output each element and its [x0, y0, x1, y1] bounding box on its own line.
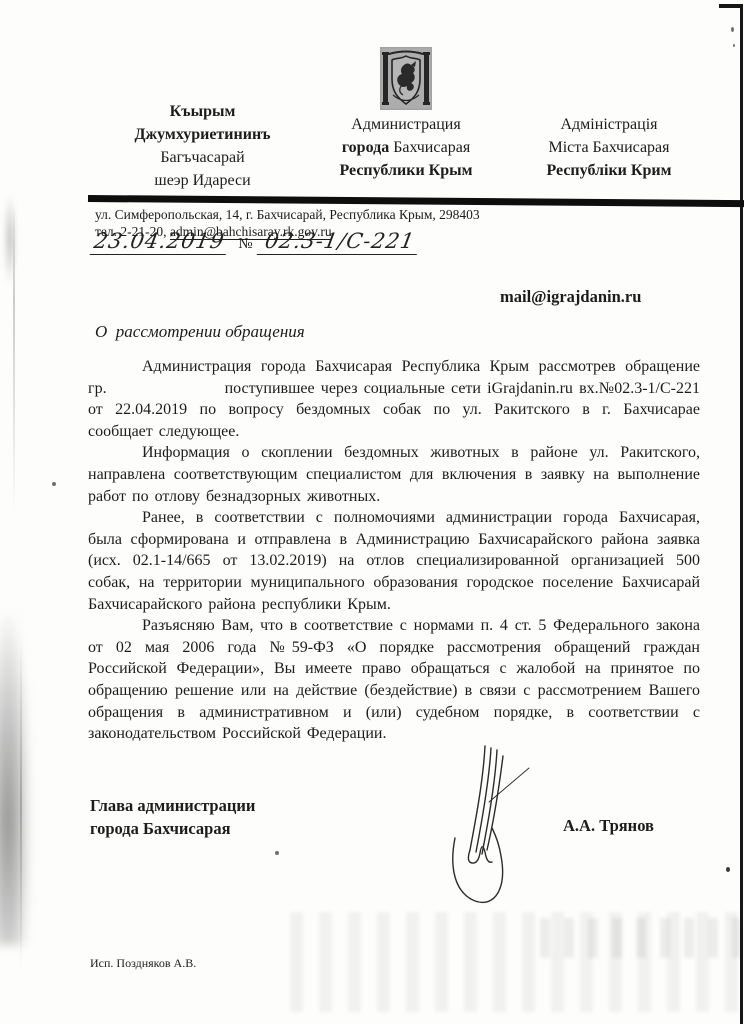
handwritten-signature: [443, 738, 535, 916]
scan-speck: [726, 867, 730, 872]
letter-body: Администрация города Бахчисарая Республи…: [88, 356, 700, 745]
executor-note: Исп. Поздняков А.В.: [90, 956, 196, 971]
org-name-ukrainian: Адміністрація Міста Бахчисарая Республік…: [518, 113, 700, 182]
paragraph-3: Ранее, в соответствии с полномочиями адм…: [88, 507, 700, 615]
org-line: Администрация: [320, 113, 492, 136]
scan-edge-top-right: [719, 4, 743, 8]
org-line: Республіки Крим: [518, 159, 700, 182]
recipient-email: mail@igrajdanin.ru: [500, 287, 641, 307]
org-line: Республики Крым: [320, 159, 492, 182]
scan-speck: [733, 44, 735, 47]
paragraph-2: Информация о скоплении бездомных животны…: [88, 442, 700, 507]
org-name-russian: Администрация города Бахчисарая Республи…: [320, 113, 492, 182]
scan-smudge-left: [0, 615, 30, 945]
org-line: шеэр Идареси: [95, 169, 310, 192]
org-line: Міста Бахчисарая: [518, 136, 700, 159]
scanned-letter-page: Къырым Джумхуриетининъ Багъчасарай шеэр …: [0, 0, 744, 1024]
crimea-emblem-icon: [380, 47, 432, 110]
org-line: Къырым: [95, 100, 310, 123]
signer-title-line: города Бахчисарая: [90, 818, 255, 841]
scan-bleedthrough-bottom-2: [540, 918, 740, 958]
org-line: Джумхуриетининъ: [95, 123, 310, 146]
scan-edge-right: [740, 4, 743, 1024]
org-postal-address: ул. Симферопольская, 14, г. Бахчисарай, …: [95, 207, 480, 224]
letterhead-divider-rule: [88, 195, 744, 207]
org-line: Багъчасарай: [95, 146, 310, 169]
reference-line: 23.04.2019 № 02.3-1/С-221: [92, 229, 418, 255]
paragraph-1: Администрация города Бахчисарая Республи…: [88, 356, 700, 442]
org-line-bold-part: города: [342, 139, 389, 156]
org-line: Адміністрація: [518, 113, 700, 136]
paragraph-4: Разъясняю Вам, что в соответствие с норм…: [88, 615, 700, 745]
signer-title-line: Глава администрации: [90, 795, 255, 818]
letter-subject: О рассмотрении обращения: [95, 322, 305, 342]
scan-speck: [52, 482, 56, 486]
scan-speck: [275, 851, 279, 855]
handwritten-date: 23.04.2019: [90, 229, 231, 255]
org-line-regular-part: Бахчисарая: [389, 139, 470, 156]
handwritten-outgoing-number: 02.3-1/С-221: [256, 229, 420, 255]
paragraph-1-after-redaction: поступившее через социальные сети iGrajd…: [88, 380, 700, 440]
number-sign: №: [238, 236, 252, 253]
scan-speck: [731, 27, 734, 32]
scan-smudge-top-left: [4, 192, 16, 287]
signer-name: А.А. Трянов: [563, 816, 654, 836]
org-line: города Бахчисарая: [320, 136, 492, 159]
org-name-crimean-tatar: Къырым Джумхуриетининъ Багъчасарай шеэр …: [95, 100, 310, 192]
signer-title: Глава администрации города Бахчисарая: [90, 795, 255, 840]
